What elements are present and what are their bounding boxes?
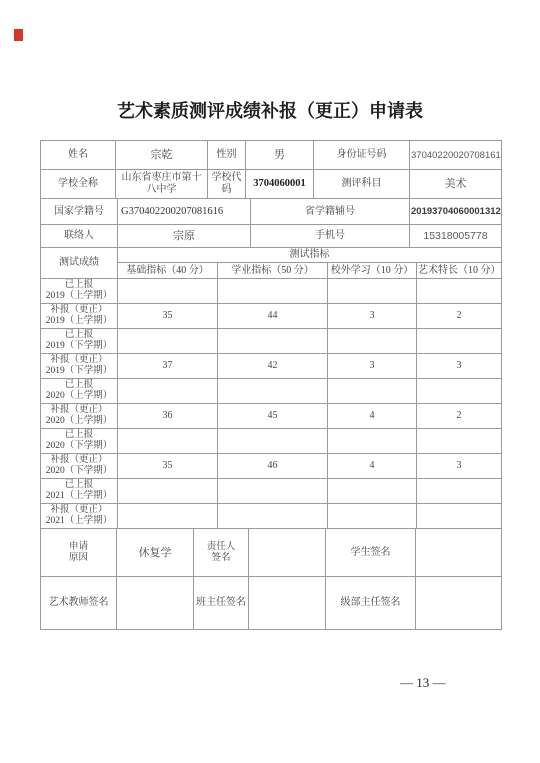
table-row: 国家学籍号 G370402200207081616 省学籍辅号 20193704… [41,199,502,225]
indicator-header: 测试指标 [118,248,502,263]
table-row: 学校全称 山东省枣庄市第十八中学 学校代码 3704060001 测评科目 美术 [41,170,502,199]
row-label: 补报（更正） 2021（上学期） [41,504,118,529]
score-cell [328,379,417,404]
score-cell: 45 [218,404,328,429]
score-cell [218,479,328,504]
score-cell: 35 [118,304,218,329]
table-row: 补报（更正） 2019（下学期） 37 42 3 3 [41,354,502,379]
score-cell [118,429,218,454]
score-cell [328,329,417,354]
row-label: 已上报 2021（上学期） [41,479,118,504]
phone-value: 15318005778 [410,225,502,248]
page-number: — 13 — [400,675,446,691]
score-cell: 4 [328,454,417,479]
score-cell [118,479,218,504]
score-cell [118,379,218,404]
row-label: 补报（更正） 2019（上学期） [41,304,118,329]
school-name-label: 学校全称 [41,170,116,199]
head-teacher-sign-value [249,577,326,630]
page-title: 艺术素质测评成绩补报（更正）申请表 [0,97,540,123]
score-cell: 4 [328,404,417,429]
gender-label: 性别 [208,141,246,170]
contact-label: 联络人 [41,225,118,248]
table-row: 姓名 宗乾 性别 男 身份证号码 370402200207081616 [41,141,502,170]
responsible-sign-value [249,529,326,577]
table-row: 申请 原因 休复学 责任人 签名 学生签名 [41,529,502,577]
row-label: 补报（更正） 2020（上学期） [41,404,118,429]
score-cell: 36 [118,404,218,429]
score-cell: 42 [218,354,328,379]
table-row: 已上报 2021（上学期） [41,479,502,504]
subject-label: 测评科目 [314,170,410,199]
score-cell [218,504,328,529]
score-cell [417,379,502,404]
school-name-value: 山东省枣庄市第十八中学 [116,170,208,199]
head-teacher-sign-label: 班主任签名 [194,577,249,630]
student-sign-value [416,529,502,577]
score-cell: 2 [417,404,502,429]
table-row: 补报（更正） 2020（上学期） 36 45 4 2 [41,404,502,429]
row-label: 补报（更正） 2020（下学期） [41,454,118,479]
score-cell: 35 [118,454,218,479]
province-register-value: 2019370406000131212 [410,199,502,225]
art-teacher-sign-label: 艺术教师签名 [41,577,117,630]
score-cell [417,329,502,354]
score-cell [417,279,502,304]
score-cell [417,429,502,454]
score-cell [328,279,417,304]
score-cell [328,504,417,529]
score-cell [417,479,502,504]
score-cell [218,279,328,304]
id-number-value: 370402200207081616 [410,141,502,170]
national-register-label: 国家学籍号 [41,199,118,225]
grade-director-sign-label: 级部主任签名 [326,577,416,630]
col-header-outside: 校外学习（10 分） [328,263,417,279]
table-row: 艺术教师签名 班主任签名 级部主任签名 [41,577,502,630]
student-sign-label: 学生签名 [326,529,416,577]
score-cell [328,429,417,454]
school-code-label: 学校代码 [208,170,246,199]
score-cell: 3 [417,354,502,379]
responsible-sign-label: 责任人 签名 [194,529,249,577]
table-row: 已上报 2020（下学期） [41,429,502,454]
score-cell [218,429,328,454]
score-table: 测试成绩 测试指标 基础指标（40 分） 学业指标（50 分） 校外学习（10 … [40,247,502,529]
row-label: 已上报 2019（下学期） [41,329,118,354]
table-row: 已上报 2019（下学期） [41,329,502,354]
score-cell [218,329,328,354]
row-label: 已上报 2020（上学期） [41,379,118,404]
table-row: 测试成绩 测试指标 [41,248,502,263]
signature-table: 申请 原因 休复学 责任人 签名 学生签名 艺术教师签名 班主任签名 级部主任签… [40,528,502,630]
score-cell: 37 [118,354,218,379]
col-header-academic: 学业指标（50 分） [218,263,328,279]
reason-label: 申请 原因 [41,529,117,577]
score-group-label: 测试成绩 [41,248,118,279]
reason-value: 休复学 [117,529,194,577]
score-cell [118,504,218,529]
score-cell [118,329,218,354]
table-row: 已上报 2019（上学期） [41,279,502,304]
phone-label: 手机号 [251,225,410,248]
score-cell: 3 [328,354,417,379]
school-code-value: 3704060001 [246,170,314,199]
table-row: 联络人 宗原 手机号 15318005778 [41,225,502,248]
subject-value: 美术 [410,170,502,199]
score-cell [328,479,417,504]
national-register-value: G370402200207081616 [118,199,251,225]
table-row: 补报（更正） 2021（上学期） [41,504,502,529]
art-teacher-sign-value [117,577,194,630]
score-cell: 3 [417,454,502,479]
table-row: 补报（更正） 2020（下学期） 35 46 4 3 [41,454,502,479]
score-cell: 2 [417,304,502,329]
table-row: 补报（更正） 2019（上学期） 35 44 3 2 [41,304,502,329]
personal-info-table: 姓名 宗乾 性别 男 身份证号码 370402200207081616 学校全称… [40,140,502,199]
table-row: 已上报 2020（上学期） [41,379,502,404]
row-label: 已上报 2019（上学期） [41,279,118,304]
col-header-basic: 基础指标（40 分） [118,263,218,279]
score-cell [218,379,328,404]
score-cell: 46 [218,454,328,479]
id-number-label: 身份证号码 [314,141,410,170]
contact-value: 宗原 [118,225,251,248]
score-cell [417,504,502,529]
col-header-talent: 艺术特长（10 分） [417,263,502,279]
grade-director-sign-value [416,577,502,630]
score-cell: 3 [328,304,417,329]
name-label: 姓名 [41,141,116,170]
name-value: 宗乾 [116,141,208,170]
document-page: 艺术素质测评成绩补报（更正）申请表 姓名 宗乾 性别 男 身份证号码 37040… [0,0,540,763]
red-corner-mark [14,29,23,41]
score-cell: 44 [218,304,328,329]
application-form-table: 姓名 宗乾 性别 男 身份证号码 370402200207081616 学校全称… [40,140,501,630]
row-label: 已上报 2020（下学期） [41,429,118,454]
register-contact-table: 国家学籍号 G370402200207081616 省学籍辅号 20193704… [40,198,502,248]
province-register-label: 省学籍辅号 [251,199,410,225]
row-label: 补报（更正） 2019（下学期） [41,354,118,379]
score-cell [118,279,218,304]
gender-value: 男 [246,141,314,170]
